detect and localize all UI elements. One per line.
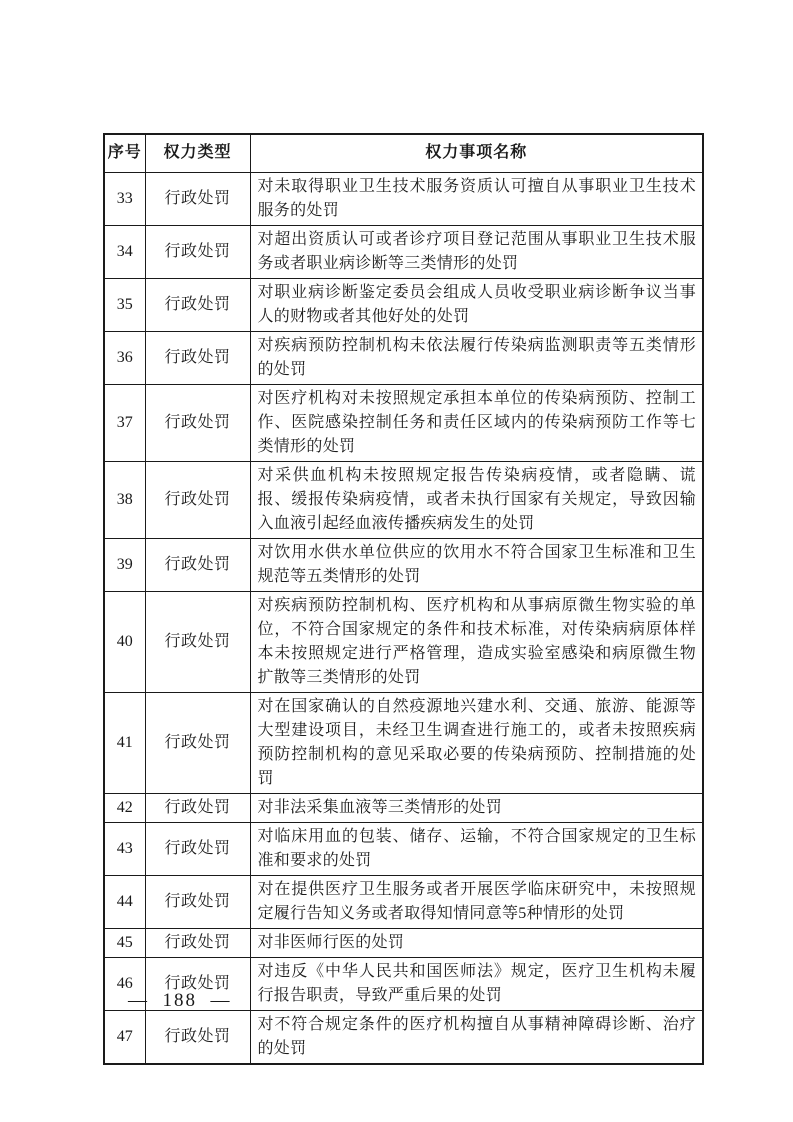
row-type-cell: 行政处罚 [145,384,250,461]
row-number-cell: 44 [104,875,145,928]
table-row: 35 行政处罚 对职业病诊断鉴定委员会组成人员收受职业病诊断争议当事人的财物或者… [104,278,703,331]
page-number: — 188 — [128,990,232,1012]
row-type-cell: 行政处罚 [145,172,250,225]
row-type-cell: 行政处罚 [145,461,250,538]
table-header-row: 序号 权力类型 权力事项名称 [104,134,703,172]
row-type-cell: 行政处罚 [145,278,250,331]
row-type-cell: 行政处罚 [145,928,250,957]
table-row: 33 行政处罚 对未取得职业卫生技术服务资质认可擅自从事职业卫生技术服务的处罚 [104,172,703,225]
table-body: 33 行政处罚 对未取得职业卫生技术服务资质认可擅自从事职业卫生技术服务的处罚 … [104,172,703,1064]
row-number-cell: 37 [104,384,145,461]
row-number-cell: 40 [104,591,145,692]
row-name-cell: 对在国家确认的自然疫源地兴建水利、交通、旅游、能源等大型建设项目，未经卫生调查进… [250,692,703,793]
row-name-cell: 对在提供医疗卫生服务或者开展医学临床研究中，未按照规定履行告知义务或者取得知情同… [250,875,703,928]
row-name-cell: 对疾病预防控制机构、医疗机构和从事病原微生物实验的单位，不符合国家规定的条件和技… [250,591,703,692]
row-type-cell: 行政处罚 [145,1010,250,1064]
row-number-cell: 41 [104,692,145,793]
header-power-type: 权力类型 [145,134,250,172]
row-number-cell: 38 [104,461,145,538]
row-name-cell: 对饮用水供水单位供应的饮用水不符合国家卫生标准和卫生规范等五类情形的处罚 [250,538,703,591]
row-name-cell: 对违反《中华人民共和国医师法》规定，医疗卫生机构未履行报告职责，导致严重后果的处… [250,957,703,1010]
table-row: 38 行政处罚 对采供血机构未按照规定报告传染病疫情，或者隐瞒、谎报、缓报传染病… [104,461,703,538]
row-number-cell: 43 [104,822,145,875]
table-row: 37 行政处罚 对医疗机构对未按照规定承担本单位的传染病预防、控制工作、医院感染… [104,384,703,461]
table-row: 47 行政处罚 对不符合规定条件的医疗机构擅自从事精神障碍诊断、治疗的处罚 [104,1010,703,1064]
row-type-cell: 行政处罚 [145,331,250,384]
table-row: 45 行政处罚 对非医师行医的处罚 [104,928,703,957]
row-number-cell: 42 [104,793,145,822]
row-number-cell: 45 [104,928,145,957]
row-type-cell: 行政处罚 [145,225,250,278]
table-row: 40 行政处罚 对疾病预防控制机构、医疗机构和从事病原微生物实验的单位，不符合国… [104,591,703,692]
row-number-cell: 35 [104,278,145,331]
table-row: 43 行政处罚 对临床用血的包装、储存、运输，不符合国家规定的卫生标准和要求的处… [104,822,703,875]
power-items-table: 序号 权力类型 权力事项名称 33 行政处罚 对未取得职业卫生技术服务资质认可擅… [103,133,704,1065]
table-row: 42 行政处罚 对非法采集血液等三类情形的处罚 [104,793,703,822]
row-number-cell: 36 [104,331,145,384]
row-type-cell: 行政处罚 [145,822,250,875]
row-number-cell: 47 [104,1010,145,1064]
table-row: 41 行政处罚 对在国家确认的自然疫源地兴建水利、交通、旅游、能源等大型建设项目… [104,692,703,793]
row-number-cell: 34 [104,225,145,278]
table-row: 44 行政处罚 对在提供医疗卫生服务或者开展医学临床研究中，未按照规定履行告知义… [104,875,703,928]
row-name-cell: 对临床用血的包装、储存、运输，不符合国家规定的卫生标准和要求的处罚 [250,822,703,875]
document-page: 序号 权力类型 权力事项名称 33 行政处罚 对未取得职业卫生技术服务资质认可擅… [0,0,793,1122]
table-row: 36 行政处罚 对疾病预防控制机构未依法履行传染病监测职责等五类情形的处罚 [104,331,703,384]
row-type-cell: 行政处罚 [145,875,250,928]
row-name-cell: 对不符合规定条件的医疗机构擅自从事精神障碍诊断、治疗的处罚 [250,1010,703,1064]
row-type-cell: 行政处罚 [145,692,250,793]
row-name-cell: 对非法采集血液等三类情形的处罚 [250,793,703,822]
row-number-cell: 33 [104,172,145,225]
row-type-cell: 行政处罚 [145,538,250,591]
row-name-cell: 对采供血机构未按照规定报告传染病疫情，或者隐瞒、谎报、缓报传染病疫情，或者未执行… [250,461,703,538]
row-name-cell: 对超出资质认可或者诊疗项目登记范围从事职业卫生技术服务或者职业病诊断等三类情形的… [250,225,703,278]
row-type-cell: 行政处罚 [145,591,250,692]
row-name-cell: 对职业病诊断鉴定委员会组成人员收受职业病诊断争议当事人的财物或者其他好处的处罚 [250,278,703,331]
row-name-cell: 对非医师行医的处罚 [250,928,703,957]
row-name-cell: 对医疗机构对未按照规定承担本单位的传染病预防、控制工作、医院感染控制任务和责任区… [250,384,703,461]
row-number-cell: 39 [104,538,145,591]
table-row: 34 行政处罚 对超出资质认可或者诊疗项目登记范围从事职业卫生技术服务或者职业病… [104,225,703,278]
row-type-cell: 行政处罚 [145,793,250,822]
header-power-item-name: 权力事项名称 [250,134,703,172]
row-name-cell: 对疾病预防控制机构未依法履行传染病监测职责等五类情形的处罚 [250,331,703,384]
table-row: 39 行政处罚 对饮用水供水单位供应的饮用水不符合国家卫生标准和卫生规范等五类情… [104,538,703,591]
header-serial-number: 序号 [104,134,145,172]
row-name-cell: 对未取得职业卫生技术服务资质认可擅自从事职业卫生技术服务的处罚 [250,172,703,225]
